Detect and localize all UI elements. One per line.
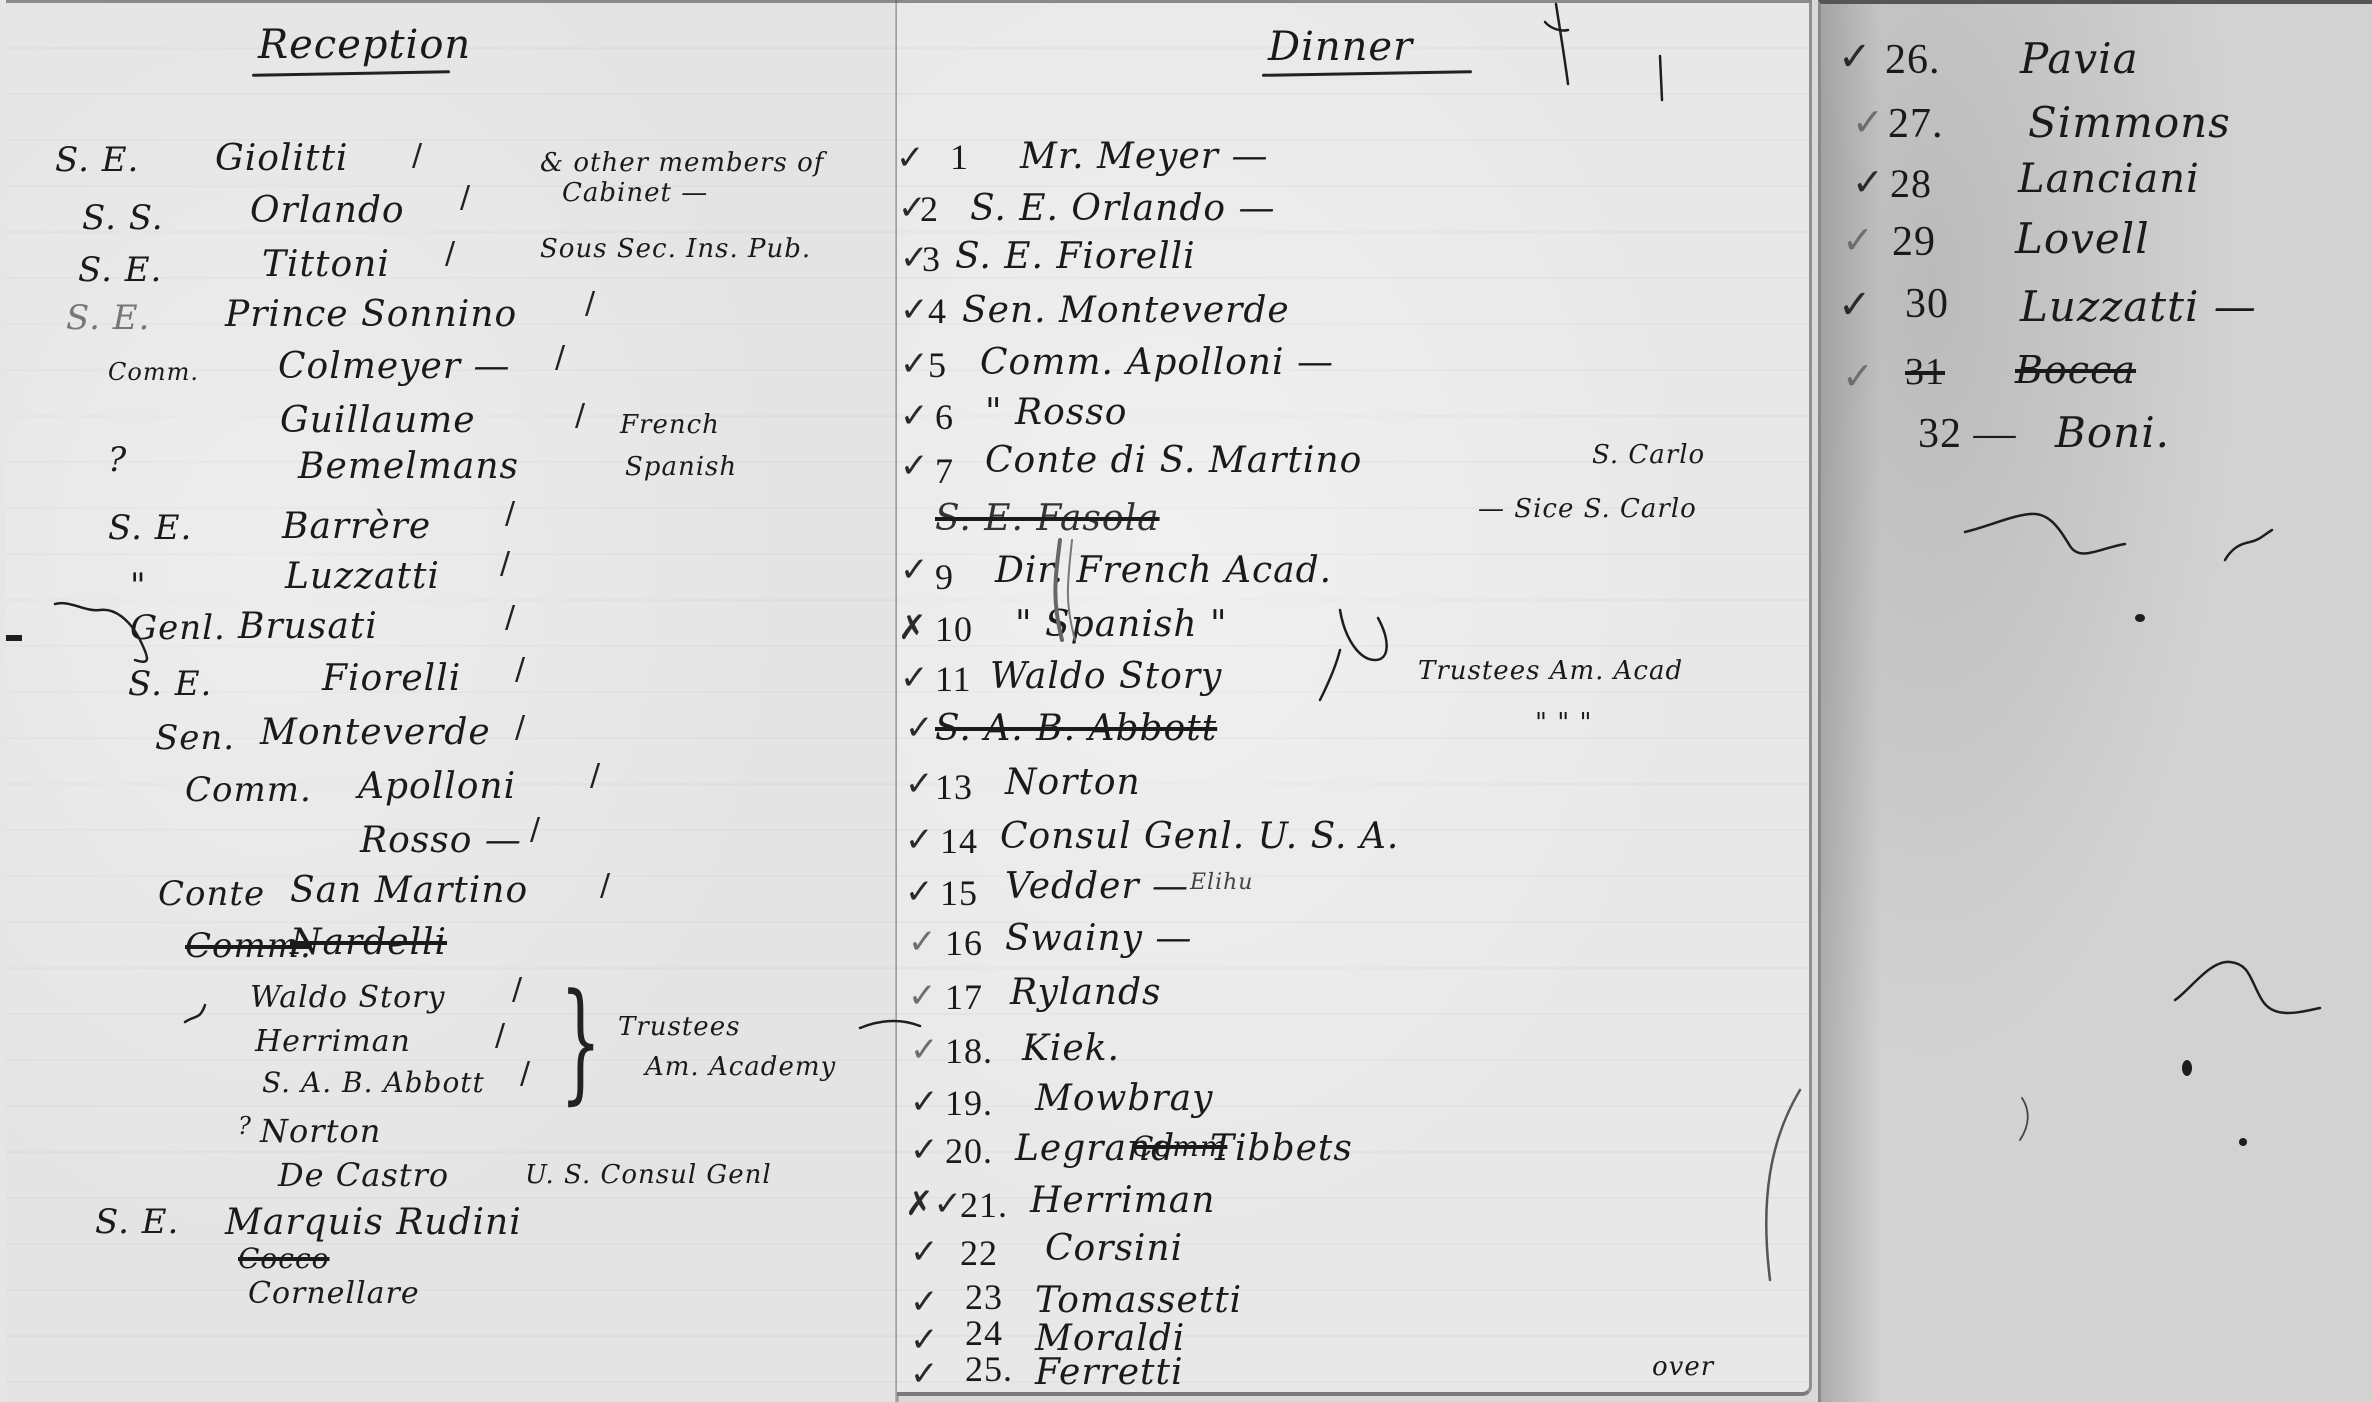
checkmark-icon: ✓ — [1852, 160, 1884, 204]
entry-number: 11 — [935, 658, 972, 700]
checkmark-icon: ✓ — [1852, 100, 1884, 144]
tick-mark-icon: / — [555, 340, 565, 375]
checkmark-icon: ✓ — [908, 976, 937, 1016]
entry-note: Sous Sec. Ins. Pub. — [540, 234, 811, 264]
entry-name: S. E. Orlando — — [970, 188, 1275, 229]
entry-number: 26. — [1885, 36, 1941, 84]
tick-mark-icon: / — [520, 1056, 530, 1091]
entry-note: U. S. Consul Genl — [525, 1160, 772, 1190]
checkmark-icon: ✓ — [910, 1030, 939, 1070]
entry-number: 22 — [960, 1232, 998, 1274]
entry-number: 6 — [935, 396, 954, 438]
entry-number: 32 — — [1918, 410, 2017, 458]
entry-prefix: ? — [238, 1112, 252, 1140]
tick-mark-icon: / — [495, 1018, 505, 1053]
entry-name: Tomassetti — [1035, 1280, 1242, 1321]
entry-name: Corsini — [1045, 1228, 1183, 1269]
entry-name: Giolitti — [215, 138, 348, 179]
entry-name: Lovell — [2015, 214, 2150, 263]
entry-name: Prince Sonnino — [225, 294, 517, 335]
entry-prefix: Sen. — [155, 718, 235, 758]
tick-mark-icon: / — [600, 868, 610, 903]
checkmark-icon: ✓ — [900, 290, 929, 330]
tick-mark-icon: / — [505, 600, 515, 635]
entry-prefix: ? — [108, 440, 127, 480]
entry-number: 28 — [1890, 160, 1932, 207]
entry-name: San Martino — [290, 870, 528, 911]
entry-name: Simmons — [2028, 98, 2231, 147]
entry-name: Comm. Apolloni — — [980, 342, 1334, 383]
entry-note: Tibbets — [1210, 1128, 1353, 1169]
entry-name-struck: S. A. B. Abbott — [935, 708, 1217, 749]
reception-title: Reception — [258, 22, 471, 68]
checkmark-icon: ✓ — [905, 764, 934, 804]
entry-note: Trustees Am. Acad — [1418, 656, 1683, 686]
entry-name: Luzzatti — — [2020, 282, 2257, 331]
entry-name: Dir. French Acad. — [995, 550, 1332, 591]
over-note: over — [1652, 1352, 1714, 1382]
entry-name: Marquis Rudini — [225, 1202, 522, 1243]
entry-name: Colmeyer — — [278, 346, 510, 387]
entry-note: French — [620, 410, 720, 440]
checkmark-icon: ✓ — [905, 820, 934, 860]
checkmark-icon: ✓ — [905, 708, 934, 748]
entry-prefix: Comm. — [185, 770, 312, 810]
checkmark-icon: ✓ — [910, 1354, 939, 1394]
tick-mark-icon: / — [460, 180, 470, 215]
entry-name: Kiek. — [1022, 1028, 1120, 1069]
entry-name: Boni. — [2055, 408, 2170, 457]
entry-name: S. A. B. Abbott — [262, 1066, 485, 1099]
entry-number: 9 — [935, 556, 954, 598]
checkmark-icon: ✓ — [908, 922, 937, 962]
entry-name: Conte di S. Martino — [985, 440, 1362, 481]
entry-prefix: Genl. — [130, 608, 226, 648]
entry-note: " " " — [1535, 708, 1592, 738]
entry-name: Rylands — [1010, 972, 1162, 1013]
entry-prefix: " — [130, 566, 147, 606]
entry-prefix: S. E. — [78, 250, 162, 290]
entry-name: Waldo Story — [990, 656, 1222, 697]
brace-bracket: } — [560, 965, 601, 1117]
checkmark-icon: ✓ — [1842, 354, 1874, 398]
entry-number: 27. — [1888, 100, 1944, 148]
checkmark-icon: ✓ — [900, 396, 929, 436]
entry-note: & other members of — [540, 148, 824, 178]
entry-number: 30 — [1905, 280, 1949, 328]
checkmark-icon: ✓ — [1842, 218, 1874, 262]
entry-number: 14 — [940, 820, 978, 862]
entry-note: — Sice S. Carlo — [1478, 494, 1697, 524]
entry-name: Norton — [1005, 762, 1141, 803]
entry-prefix: S. E. — [95, 1202, 179, 1242]
entry-number: 15 — [940, 872, 978, 914]
entry-name: Norton — [260, 1112, 381, 1150]
dinner-title: Dinner — [1268, 24, 1413, 70]
entry-name: Herriman — [255, 1024, 411, 1059]
entry-note: S. Carlo — [1592, 440, 1705, 470]
entry-name: Orlando — [250, 190, 405, 231]
entry-number: 20. — [945, 1130, 993, 1172]
checkmark-icon: ✓ — [910, 1082, 939, 1122]
entry-name: Lanciani — [2018, 156, 2200, 202]
checkmark-icon: ✓ — [910, 1130, 939, 1170]
entry-note: Spanish — [625, 452, 737, 482]
entry-note: Trustees — [618, 1012, 740, 1042]
checkmark-icon: ✓ — [910, 1232, 939, 1272]
entry-name-struck: Cocco — [238, 1242, 330, 1275]
entry-name-struck: S. E. Fasola — [935, 498, 1160, 539]
entry-name: Guillaume — [280, 400, 476, 441]
entry-name: Tittoni — [262, 244, 390, 285]
entry-name: Cornellare — [248, 1276, 420, 1311]
entry-name: " Rosso — [985, 392, 1127, 433]
entry-number: 17 — [945, 976, 983, 1018]
entry-number: 21. — [960, 1184, 1008, 1226]
entry-number: 7 — [935, 450, 954, 492]
entry-name: Consul Genl. U. S. A. — [1000, 816, 1399, 857]
entry-prefix: S. S. — [82, 198, 164, 238]
entry-number: 18. — [945, 1030, 993, 1072]
entry-prefix: S. E. — [108, 508, 192, 548]
tick-mark-icon: / — [515, 710, 525, 745]
entry-name: Swainy — — [1005, 918, 1192, 959]
checkmark-icon: ✓ — [900, 344, 929, 384]
entry-name: Monteverde — [260, 712, 491, 753]
entry-number: 2 — [920, 188, 939, 230]
tick-mark-icon: / — [445, 236, 455, 271]
entry-name: Sen. Monteverde — [962, 290, 1290, 331]
tick-mark-icon: / — [515, 652, 525, 687]
entry-name: Pavia — [2020, 34, 2139, 83]
entry-note: Am. Academy — [645, 1052, 836, 1082]
entry-name: Fiorelli — [322, 658, 461, 699]
entry-number: 16 — [945, 922, 983, 964]
entry-name: Barrère — [282, 506, 431, 547]
tick-mark-icon: / — [412, 138, 422, 173]
entry-name: Brusati — [238, 606, 378, 647]
entry-name: De Castro — [278, 1156, 449, 1194]
tick-mark-icon: / — [585, 286, 595, 321]
checkmark-icon: ✓ — [896, 138, 925, 178]
entry-number-struck: 31 — [1905, 350, 1945, 394]
entry-number: 3 — [922, 238, 941, 280]
entry-name: Rosso — — [360, 820, 522, 861]
entry-prefix: Conte — [158, 874, 265, 914]
entry-note-pencil: Elihu — [1190, 870, 1253, 895]
entry-number: 10 — [935, 608, 973, 650]
checkmark-icon: ✓ — [1838, 282, 1872, 328]
tick-mark-icon: / — [512, 972, 522, 1007]
entry-prefix: S. E. — [55, 140, 139, 180]
entry-name: S. E. Fiorelli — [955, 236, 1196, 277]
entry-number: 5 — [928, 344, 947, 386]
checkmark-icon: ✓ — [905, 872, 934, 912]
checkmark-icon: ✓ — [900, 550, 929, 590]
entry-name: " Spanish " — [1015, 604, 1228, 645]
entry-name: Herriman — [1030, 1180, 1215, 1221]
entry-name: Ferretti — [1035, 1352, 1183, 1393]
entry-prefix: S. E. — [128, 664, 212, 704]
checkmark-icon: ✓ — [910, 1282, 939, 1322]
entry-number: 4 — [928, 290, 947, 332]
entry-number: 29 — [1892, 218, 1936, 266]
entry-name: Mr. Meyer — — [1020, 136, 1268, 177]
tick-mark-icon: / — [505, 496, 515, 531]
entry-number: 19. — [945, 1082, 993, 1124]
checkmark-icon: ✓ — [900, 658, 929, 698]
entry-prefix: Comm. — [108, 358, 199, 386]
entry-note: Cabinet — — [562, 178, 708, 208]
entry-name: Mowbray — [1035, 1078, 1213, 1119]
entry-name-struck: Nardelli — [290, 922, 447, 963]
tick-mark-icon: / — [575, 398, 585, 433]
entry-number: 25. — [965, 1348, 1013, 1390]
checkmark-icon: ✓ — [900, 446, 929, 486]
entry-prefix-smudged: S. E. — [66, 298, 150, 338]
entry-name: Bemelmans — [298, 446, 519, 487]
continuation-page — [1818, 0, 2372, 1402]
entry-name: Waldo Story — [250, 980, 445, 1015]
entry-number: 13 — [935, 766, 973, 808]
checkmark-icon: ✓ — [1838, 34, 1872, 80]
tick-mark-icon: / — [500, 546, 510, 581]
cross-check-icon: ✗ — [898, 608, 927, 648]
entry-name: Apolloni — [358, 766, 516, 807]
entry-name: Luzzatti — [285, 556, 440, 597]
entry-number: 1 — [950, 136, 969, 178]
entry-name-struck: Bocca — [2015, 348, 2136, 392]
entry-name: Vedder — — [1005, 866, 1189, 907]
tick-mark-icon: / — [530, 812, 540, 847]
cross-check-icon: ✗✓ — [905, 1184, 962, 1224]
tick-mark-icon: / — [590, 758, 600, 793]
